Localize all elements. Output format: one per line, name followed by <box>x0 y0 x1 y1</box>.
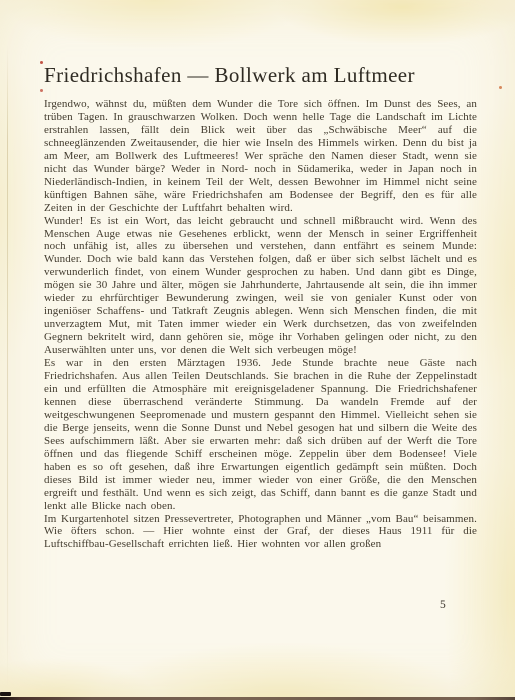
paragraph-2: Wunder! Es ist ein Wort, das leicht gebr… <box>44 215 477 357</box>
red-speck <box>499 86 502 89</box>
paragraph-4: Im Kurgartenhotel sitzen Pressevertreter… <box>44 513 477 552</box>
binding-mark <box>0 692 11 696</box>
page-edge-crease <box>7 45 8 690</box>
red-speck <box>40 89 43 92</box>
page-content: Friedrichshafen — Bollwerk am Luftmeer I… <box>44 62 477 551</box>
page-title: Friedrichshafen — Bollwerk am Luftmeer <box>44 62 477 89</box>
book-page: Friedrichshafen — Bollwerk am Luftmeer I… <box>0 0 515 700</box>
page-number: 5 <box>440 599 446 611</box>
paragraph-3: Es war in den ersten Märztagen 1936. Jed… <box>44 357 477 512</box>
paragraph-1: Irgendwo, wähnst du, müßten dem Wunder d… <box>44 98 477 215</box>
red-speck <box>40 61 43 64</box>
body-text: Irgendwo, wähnst du, müßten dem Wunder d… <box>44 98 477 551</box>
